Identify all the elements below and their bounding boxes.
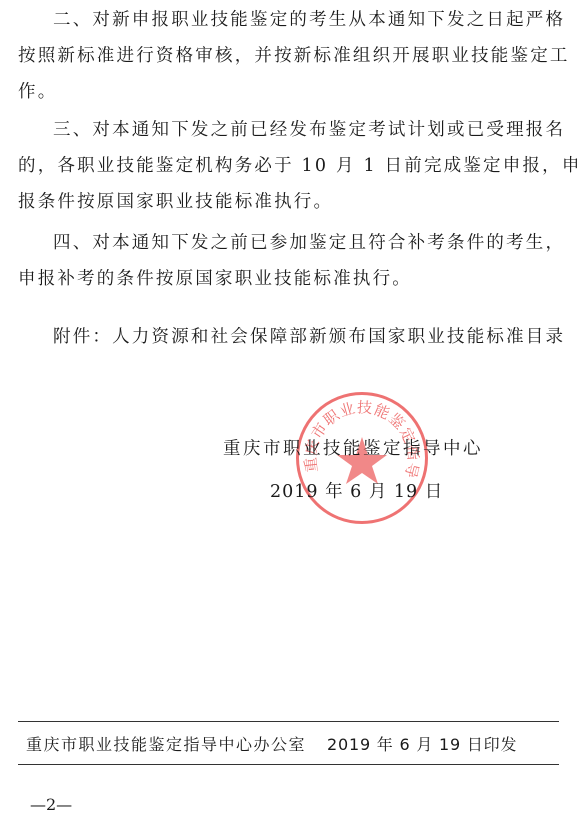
paragraph-line: 按照新标准进行资格审核，并按新标准组织开展职业技能鉴定工 [18,38,558,74]
paragraph-2: 二、对新申报职业技能鉴定的考生从本通知下发之日起严格 按照新标准进行资格审核，并… [18,2,558,110]
attachment-note: 附件：人力资源和社会保障部新颁布国家职业技能标准目录 [53,323,565,348]
page-number: —2— [30,795,72,814]
paragraph-line: 三、对本通知下发之前已经发布鉴定考试计划或已受理报名 [18,112,558,148]
paragraph-line: 报条件按原国家职业技能标准执行。 [18,184,558,220]
paragraph-line: 的，各职业技能鉴定机构务必于 10 月 1 日前完成鉴定申报，申 [18,148,558,184]
paragraph-line: 四、对本通知下发之前已参加鉴定且符合补考条件的考生， [18,225,558,261]
paragraph-3: 三、对本通知下发之前已经发布鉴定考试计划或已受理报名 的，各职业技能鉴定机构务必… [18,112,558,220]
paragraph-line: 作。 [18,74,558,110]
paragraph-line: 二、对新申报职业技能鉴定的考生从本通知下发之日起严格 [18,2,558,38]
paragraph-4: 四、对本通知下发之前已参加鉴定且符合补考条件的考生， 申报补考的条件按原国家职业… [18,225,558,297]
footer-rule-top [18,721,559,722]
footer-issuer: 重庆市职业技能鉴定指导中心办公室 [26,732,306,755]
signature-organization: 重庆市职业技能鉴定指导中心 [223,435,483,460]
footer-issue-date: 2019 年 6 月 19 日印发 [327,732,517,755]
paragraph-line: 申报补考的条件按原国家职业技能标准执行。 [18,261,558,297]
footer-rule-bottom [18,764,559,765]
signature-date: 2019 年 6 月 19 日 [270,478,443,503]
